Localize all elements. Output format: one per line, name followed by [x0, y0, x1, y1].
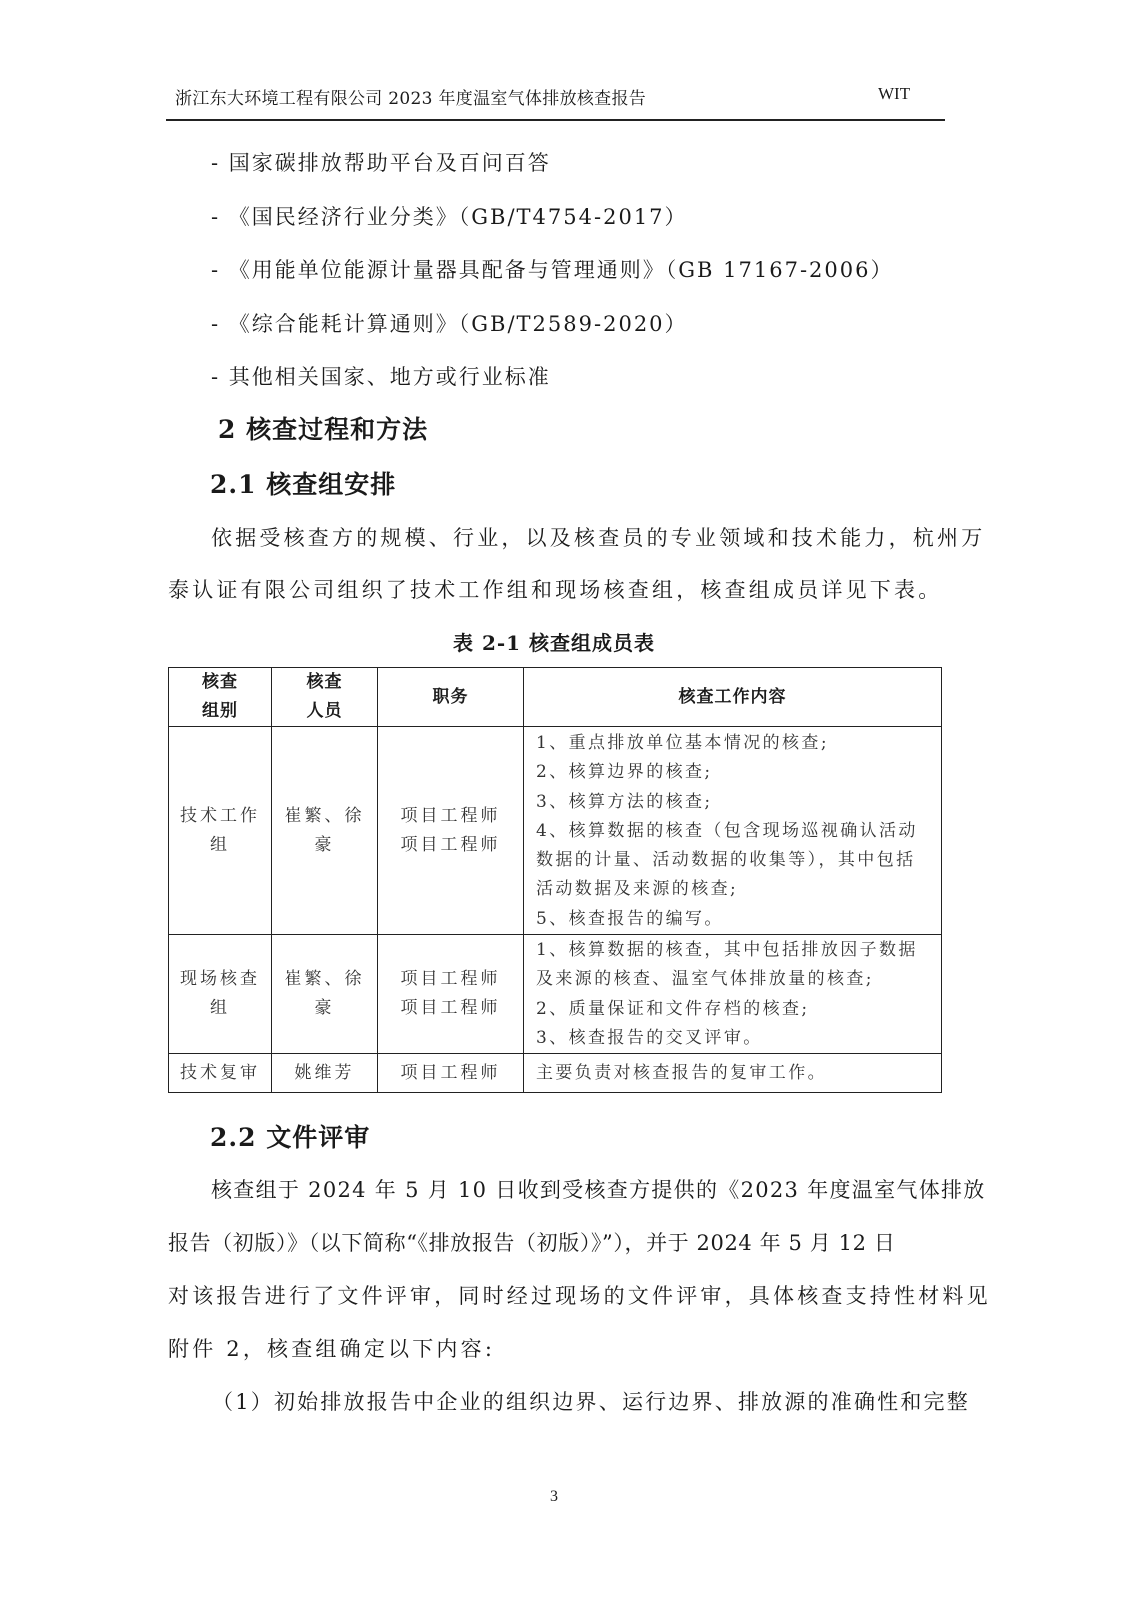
reference-item: - 《国民经济行业分类》（GB/T4754-2017） [211, 201, 688, 231]
page-number: 3 [550, 1488, 558, 1506]
section-heading: 2 核查过程和方法 [218, 410, 428, 446]
reference-item: - 其他相关国家、地方或行业标准 [211, 361, 551, 391]
table-row: 技术工作组 崔繁、徐豪 项目工程师项目工程师 1、重点排放单位基本情况的核查; … [169, 727, 942, 935]
cell-role: 项目工程师项目工程师 [378, 727, 524, 935]
paragraph-line: 依据受核查方的规模、行业，以及核查员的专业领域和技术能力，杭州万 [211, 522, 985, 552]
cell-group: 技术工作组 [169, 727, 272, 935]
paragraph-line: 报告（初版）》（以下简称“《排放报告（初版）》”），并于 2024 年 5 月 … [168, 1227, 895, 1257]
members-table: 核查组别 核查人员 职务 核查工作内容 技术工作组 崔繁、徐豪 项目工程师项目工… [168, 667, 942, 1093]
cell-role: 项目工程师 [378, 1054, 524, 1093]
reference-item: - 国家碳排放帮助平台及百问百答 [211, 147, 551, 177]
header-divider [166, 119, 945, 121]
reference-item: - 《用能单位能源计量器具配备与管理通则》（GB 17167-2006） [211, 254, 894, 284]
header-work: 核查工作内容 [524, 668, 942, 727]
paragraph-line: 附件 2，核查组确定以下内容: [168, 1333, 495, 1363]
running-header-label: WIT [878, 84, 910, 104]
list-item: （1）初始排放报告中企业的组织边界、运行边界、排放源的准确性和完整 [212, 1386, 970, 1416]
running-header-title: 浙江东大环境工程有限公司 2023 年度温室气体排放核查报告 [175, 84, 646, 109]
paragraph-line: 泰认证有限公司组织了技术工作组和现场核查组，核查组成员详见下表。 [168, 574, 942, 604]
cell-work: 主要负责对核查报告的复审工作。 [524, 1054, 942, 1093]
paragraph-line: 对该报告进行了文件评审，同时经过现场的文件评审，具体核查支持性材料见 [168, 1280, 991, 1310]
cell-members: 姚维芳 [272, 1054, 378, 1093]
table-header-row: 核查组别 核查人员 职务 核查工作内容 [169, 668, 942, 727]
cell-group: 现场核查组 [169, 935, 272, 1054]
header-role: 职务 [378, 668, 524, 727]
table-row: 技术复审 姚维芳 项目工程师 主要负责对核查报告的复审工作。 [169, 1054, 942, 1093]
header-members: 核查人员 [272, 668, 378, 727]
cell-work: 1、核算数据的核查，其中包括排放因子数据 及来源的核查、温室气体排放量的核查; … [524, 935, 942, 1054]
subsection-heading: 2.2 文件评审 [210, 1118, 370, 1154]
cell-work: 1、重点排放单位基本情况的核查; 2、核算边界的核查; 3、核算方法的核查; 4… [524, 727, 942, 935]
cell-members: 崔繁、徐豪 [272, 727, 378, 935]
cell-group: 技术复审 [169, 1054, 272, 1093]
cell-role: 项目工程师项目工程师 [378, 935, 524, 1054]
reference-item: - 《综合能耗计算通则》（GB/T2589-2020） [211, 308, 688, 338]
subsection-heading: 2.1 核查组安排 [210, 465, 396, 501]
cell-members: 崔繁、徐豪 [272, 935, 378, 1054]
paragraph-line: 核查组于 2024 年 5 月 10 日收到受核查方提供的《2023 年度温室气… [211, 1174, 986, 1204]
table-caption: 表 2-1 核查组成员表 [453, 627, 655, 656]
table-row: 现场核查组 崔繁、徐豪 项目工程师项目工程师 1、核算数据的核查，其中包括排放因… [169, 935, 942, 1054]
header-group: 核查组别 [169, 668, 272, 727]
